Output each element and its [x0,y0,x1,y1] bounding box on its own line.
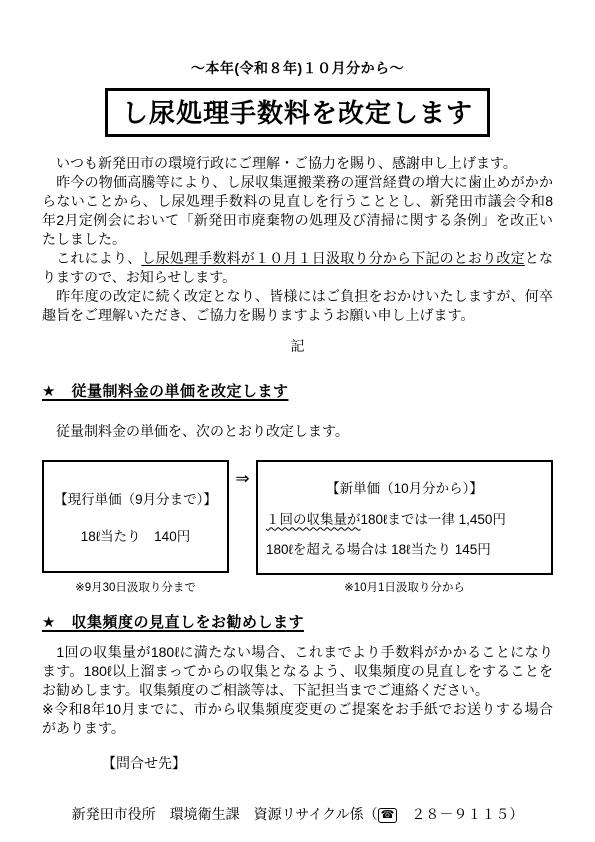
contact-phone-number: ２８－９１１５） [397,806,523,822]
new-price-title: 【新単価（10月分から）】 [266,477,543,497]
document-title-wrap: し尿処理手数料を改定します [42,88,553,137]
contact-line-text: 新発田市役所 環境衛生課 資源リサイクル係（ [72,806,378,822]
price-comparison-row: 【現行単価（9月分まで）】 18ℓ当たり 140円 ⇒ 【新単価（10月分から）… [42,460,553,575]
intro-paragraph-1: いつも新発田市の環境行政にご理解・ご協力を賜り、感謝申し上げます。 [42,154,553,173]
new-price-line-2: 180ℓを超える場合は 18ℓ当たり 145円 [266,538,543,558]
intro-paragraph-4: 昨年度の改定に続く改定となり、皆様にはご負担をおかけいたしますが、何卒趣旨をご理… [42,287,553,325]
phone-icon: ☎ [378,808,398,823]
current-price-box: 【現行単価（9月分まで）】 18ℓ当たり 140円 [42,460,229,573]
new-price-line1-rest: 180ℓまでは一律 1,450円 [361,512,506,527]
intro-p3-pre: これにより、 [42,250,141,266]
document-page: ～本年(令和８年)１０月分から～ し尿処理手数料を改定します いつも新発田市の環… [0,0,595,842]
intro-paragraph-3: これにより、し尿処理手数料が１０月１日汲取り分から下記のとおり改定となりますので… [42,249,553,287]
note-spacer [229,579,256,595]
arrow-icon: ⇒ [229,460,256,575]
section-heading-unit-price: ★ 従量制料金の単価を改定します [42,380,553,401]
new-price-box: 【新単価（10月分から）】 １回の収集量が180ℓまでは一律 1,450円 18… [256,460,553,575]
record-mark: 記 [42,336,553,356]
new-price-line1-marked: １回の収集量が [266,512,361,527]
section-heading-frequency: ★ 収集頻度の見直しをお勧めします [42,611,553,632]
intro-paragraph-2: 昨今の物価高騰等により、し尿収集運搬業務の運営経費の増大に歯止めがかからないこと… [42,173,553,249]
frequency-note: ※令和8年10月までに、市から収集頻度変更のご提案をお手紙でお送りする場合があり… [42,700,553,738]
price-notes-row: ※9月30日汲取り分まで ※10月1日汲取り分から [42,579,553,595]
current-price-note: ※9月30日汲取り分まで [42,579,229,595]
intro-p3-underlined-text: し尿処理手数料が１０月１日汲取り分から下記のとおり改定 [141,250,524,266]
current-price-value: 18ℓ当たり 140円 [44,525,227,545]
new-price-line-1: １回の収集量が180ℓまでは一律 1,450円 [266,508,543,528]
new-price-note: ※10月1日汲取り分から [256,579,553,595]
document-subtitle: ～本年(令和８年)１０月分から～ [42,58,553,78]
frequency-body: 1回の収集量が180ℓに満たない場合、これまでより手数料がかかることになります。… [42,643,553,700]
contact-line: 新発田市役所 環境衛生課 資源リサイクル係（☎ ２８－９１１５） [42,804,553,824]
document-title: し尿処理手数料を改定します [105,88,490,137]
intro-section: いつも新発田市の環境行政にご理解・ご協力を賜り、感謝申し上げます。 昨今の物価高… [42,154,553,325]
unit-price-lead: 従量制料金の単価を、次のとおり改定します。 [42,422,553,441]
contact-label: 【問合せ先】 [42,753,553,773]
current-price-title: 【現行単価（9月分まで）】 [44,488,227,508]
